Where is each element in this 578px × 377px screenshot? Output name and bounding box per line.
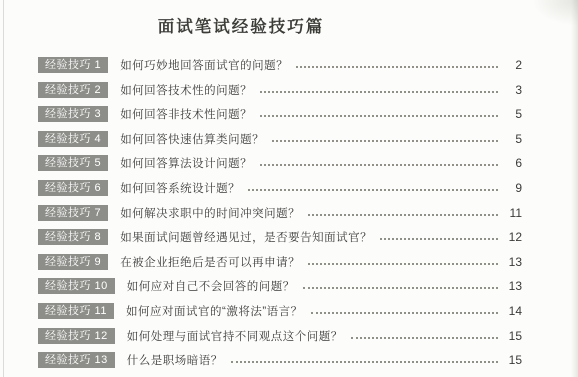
toc-row: 经验技巧 1 如何巧妙地回答面试官的问题？ 2 [38, 57, 522, 73]
scan-right-shade [571, 0, 578, 377]
page-number: 15 [504, 353, 522, 367]
page-number: 9 [504, 181, 522, 195]
page-number: 6 [504, 156, 522, 170]
dot-leader [260, 115, 498, 117]
tip-question: 如何回答非技术性问题？ [120, 106, 252, 122]
toc-row: 经验技巧 3 如何回答非技术性问题？ 5 [38, 106, 522, 122]
toc-row: 经验技巧 10 如何应对自己不会回答的问题？ 13 [38, 278, 522, 294]
toc-row: 经验技巧 12 如何处理与面试官持不同观点这个问题？ 15 [38, 328, 522, 344]
tip-question: 如何回答系统设计题？ [120, 180, 240, 196]
dot-leader [303, 287, 498, 289]
page-number: 12 [504, 230, 522, 244]
toc-page: 面试笔试经验技巧篇 经验技巧 1 如何巧妙地回答面试官的问题？ 2 经验技巧 2… [0, 0, 578, 377]
toc-row: 经验技巧 9 在被企业拒绝后是否可以再申请？ 13 [38, 254, 522, 270]
page-number: 15 [504, 329, 522, 343]
toc-row: 经验技巧 7 如何解决求职中的时间冲突问题？ 11 [38, 205, 522, 221]
page-edge-line [3, 0, 4, 377]
dot-leader [351, 337, 498, 339]
tip-question: 如果面试问题曾经遇见过，是否要告知面试官？ [120, 229, 372, 245]
tip-badge: 经验技巧 12 [38, 328, 115, 344]
toc-row: 经验技巧 13 什么是职场暗语？ 15 [38, 352, 522, 368]
tip-question: 如何回答快速估算类问题？ [120, 131, 264, 147]
dot-leader [260, 91, 498, 93]
tip-question: 如何应对自己不会回答的问题？ [127, 278, 295, 294]
tip-badge: 经验技巧 4 [38, 131, 108, 147]
page-title: 面试笔试经验技巧篇 [0, 0, 578, 37]
tip-badge: 经验技巧 10 [38, 278, 115, 294]
dot-leader [308, 263, 498, 265]
tip-badge: 经验技巧 11 [38, 303, 114, 319]
tip-badge: 经验技巧 2 [38, 82, 108, 98]
tip-question: 如何回答技术性的问题？ [120, 82, 252, 98]
toc-row: 经验技巧 8 如果面试问题曾经遇见过，是否要告知面试官？ 12 [38, 229, 522, 245]
page-number: 14 [504, 304, 522, 318]
dot-leader [248, 189, 498, 191]
toc-row: 经验技巧 2 如何回答技术性的问题？ 3 [38, 82, 522, 98]
dot-leader [308, 214, 498, 216]
tip-badge: 经验技巧 6 [38, 180, 108, 196]
dot-leader [311, 312, 498, 314]
page-number: 2 [504, 58, 522, 72]
scan-corner-smudge [532, 0, 578, 26]
tip-badge: 经验技巧 13 [38, 352, 115, 368]
toc-row: 经验技巧 5 如何回答算法设计问题？ 6 [38, 155, 522, 171]
toc-row: 经验技巧 11 如何应对面试官的“激将法”语言？ 14 [38, 303, 522, 319]
tip-question: 如何处理与面试官持不同观点这个问题？ [127, 328, 343, 344]
dot-leader [231, 361, 498, 363]
tip-question: 如何解决求职中的时间冲突问题？ [120, 205, 300, 221]
tip-question: 如何回答算法设计问题？ [120, 155, 252, 171]
tip-question: 如何应对面试官的“激将法”语言？ [126, 303, 303, 319]
dot-leader [260, 164, 498, 166]
tip-badge: 经验技巧 9 [38, 254, 108, 270]
page-number: 11 [504, 206, 522, 220]
page-number: 3 [504, 83, 522, 97]
tip-question: 如何巧妙地回答面试官的问题？ [120, 57, 288, 73]
tip-question: 什么是职场暗语？ [127, 352, 223, 368]
page-number: 5 [504, 132, 522, 146]
page-number: 13 [504, 255, 522, 269]
tip-badge: 经验技巧 1 [38, 57, 108, 73]
tip-question: 在被企业拒绝后是否可以再申请？ [120, 254, 300, 270]
tip-badge: 经验技巧 3 [38, 106, 108, 122]
toc-row: 经验技巧 4 如何回答快速估算类问题？ 5 [38, 131, 522, 147]
dot-leader [272, 140, 498, 142]
page-number: 5 [504, 107, 522, 121]
tip-badge: 经验技巧 8 [38, 229, 108, 245]
tip-badge: 经验技巧 5 [38, 155, 108, 171]
page-number: 13 [504, 279, 522, 293]
dot-leader [380, 238, 498, 240]
toc-row: 经验技巧 6 如何回答系统设计题？ 9 [38, 180, 522, 196]
toc-list: 经验技巧 1 如何巧妙地回答面试官的问题？ 2 经验技巧 2 如何回答技术性的问… [38, 57, 522, 377]
tip-badge: 经验技巧 7 [38, 205, 108, 221]
dot-leader [296, 66, 498, 68]
